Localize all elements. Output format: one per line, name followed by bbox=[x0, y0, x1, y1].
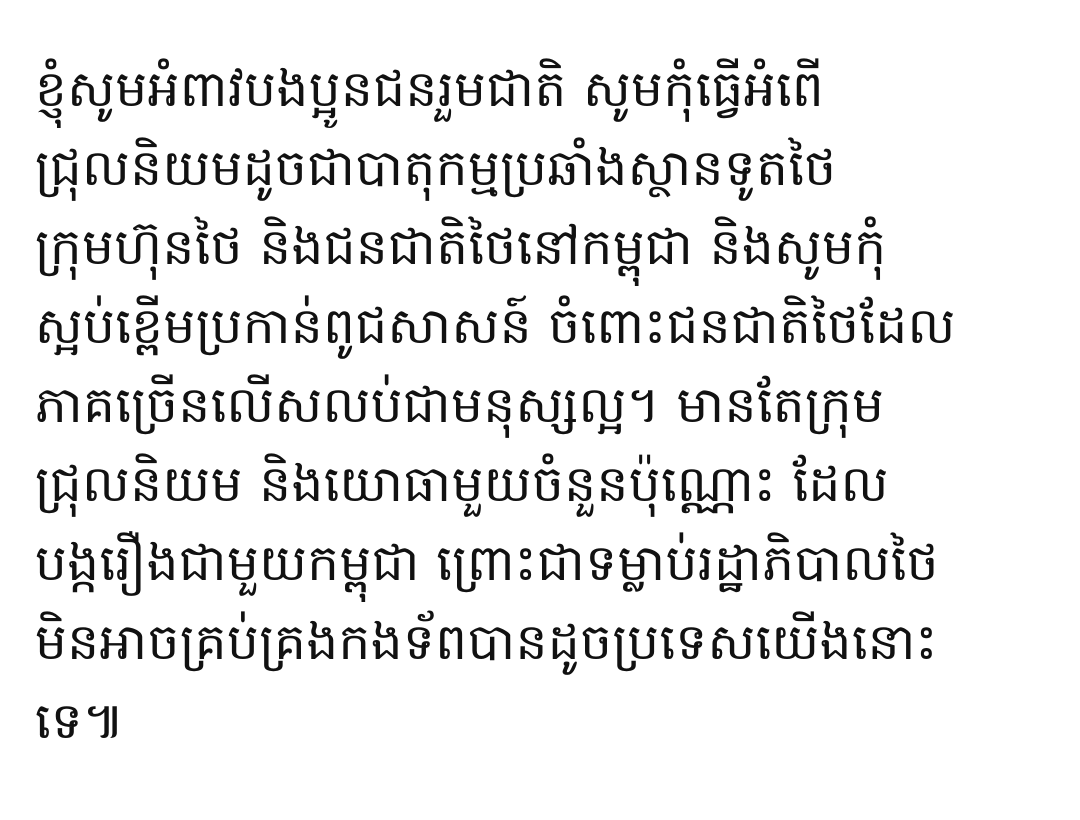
khmer-statement-text: ខ្ញុំសូមអំពាវបងប្អូនជនរួមជាតិ សូមកុំធ្វើ… bbox=[35, 50, 1065, 761]
text-line-7: បង្ករឿងជាមួយកម្ពុជា ព្រោះជាទម្លាប់រដ្ឋាភ… bbox=[35, 524, 1065, 603]
text-line-6: ជ្រុលនិយម និងយោធាមួយចំនួនប៉ុណ្ណោះ ដែល bbox=[35, 445, 1065, 524]
text-line-9: ទេ៕ bbox=[35, 682, 1065, 761]
text-line-2: ជ្រុលនិយមដូចជាបាតុកម្មប្រឆាំងស្ថានទូតថៃ bbox=[35, 129, 1065, 208]
text-line-8: មិនអាចគ្រប់គ្រងកងទ័ពបានដូចប្រទេសយើងនោះ bbox=[35, 603, 1065, 682]
text-line-3: ក្រុមហ៊ុនថៃ និងជនជាតិថៃនៅកម្ពុជា និងសូមក… bbox=[35, 208, 1065, 287]
text-line-1: ខ្ញុំសូមអំពាវបងប្អូនជនរួមជាតិ សូមកុំធ្វើ… bbox=[35, 50, 1065, 129]
text-line-4: ស្អប់ខ្ពើមប្រកាន់ពូជសាសន៍ ចំពោះជនជាតិថៃដ… bbox=[35, 287, 1065, 366]
text-line-5: ភាគច្រើនលើសលប់ជាមនុស្សល្អ។ មានតែក្រុម bbox=[35, 366, 1065, 445]
